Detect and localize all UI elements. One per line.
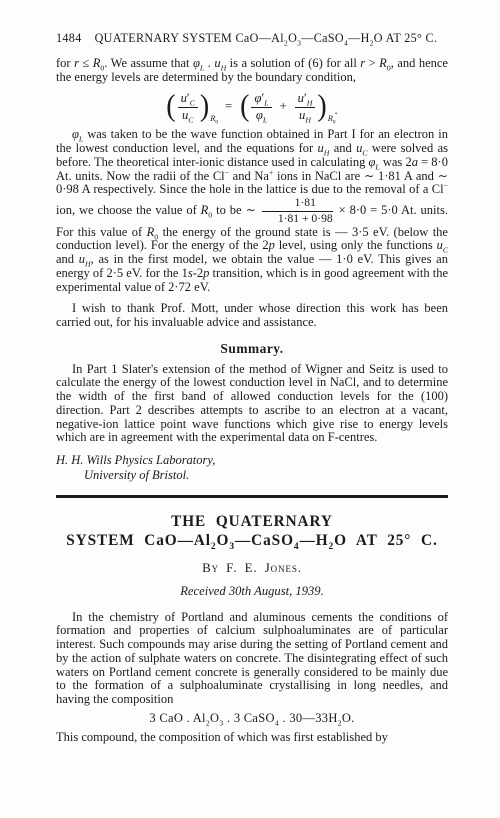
acknowledgement-paragraph: I wish to thank Prof. Mott, under whose … — [56, 302, 448, 330]
composition-formula: 3 CaO . Al2O3 . 3 CaSO4 . 30—33H2O. — [56, 712, 448, 726]
plus-sign: + — [280, 100, 287, 114]
fraction-numerator: u′C — [178, 92, 198, 108]
continuation-line: This compound, the composition of which … — [56, 731, 448, 745]
equation-period: . — [335, 104, 338, 118]
author-byline: By F. E. Jones. — [56, 561, 448, 575]
fraction-denominator: uH — [295, 108, 316, 123]
running-head-title: QUATERNARY SYSTEM CaO—Al2O3—CaSO4—H2O AT… — [95, 32, 438, 45]
running-head: 1484 QUATERNARY SYSTEM CaO—Al2O3—CaSO4—H… — [56, 32, 448, 45]
article-title-line1: THE QUATERNARY — [56, 512, 448, 531]
section-divider-rule — [56, 495, 448, 498]
received-date: Received 30th August, 1939. — [56, 585, 448, 599]
inline-fraction: 1·811·81 + 0·98 — [262, 197, 333, 226]
open-paren: ( — [166, 92, 175, 122]
fraction-denominator: uC — [178, 108, 198, 123]
affiliation-laboratory: H. H. Wills Physics Laboratory, — [56, 453, 448, 468]
fraction-numerator: 1·81 — [262, 197, 333, 212]
affiliation-block: H. H. Wills Physics Laboratory, Universi… — [56, 453, 448, 483]
open-paren: ( — [240, 92, 249, 122]
article-title: THE QUATERNARY SYSTEM CaO—Al2O3—CaSO4—H2… — [56, 512, 448, 550]
journal-page: 1484 QUATERNARY SYSTEM CaO—Al2O3—CaSO4—H… — [0, 0, 500, 818]
equals-sign: = — [225, 100, 232, 114]
display-equation-boundary: ( u′C uC ) R0 = ( φ′L φL + u′H uH ) R0 . — [56, 92, 448, 123]
fraction-denominator: 1·81 + 0·98 — [262, 212, 333, 226]
paragraph-phi-results: φL was taken to be the wave function obt… — [56, 128, 448, 294]
fraction-numerator: u′H — [295, 92, 316, 108]
fraction-phi: φ′L φL — [251, 92, 271, 123]
article-title-line2: SYSTEM CaO—Al2O3—CaSO4—H2O AT 25° C. — [56, 531, 448, 550]
summary-paragraph: In Part 1 Slater's extension of the meth… — [56, 363, 448, 446]
fraction-numerator: φ′L — [251, 92, 271, 108]
close-paren: ) — [200, 92, 209, 122]
affiliation-university: University of Bristol. — [56, 468, 448, 483]
paragraph-boundary-condition: for r ≤ R0. We assume that φL . uH is a … — [56, 57, 448, 85]
equation-subscript: R0 — [210, 114, 218, 123]
fraction-denominator: φL — [251, 108, 271, 123]
fraction-uh: u′H uH — [295, 92, 316, 123]
close-paren: ) — [317, 92, 326, 122]
summary-heading: Summary. — [56, 342, 448, 357]
introduction-paragraph: In the chemistry of Portland and alumino… — [56, 611, 448, 707]
fraction-lhs: u′C uC — [178, 92, 198, 123]
page-number: 1484 — [56, 32, 82, 45]
